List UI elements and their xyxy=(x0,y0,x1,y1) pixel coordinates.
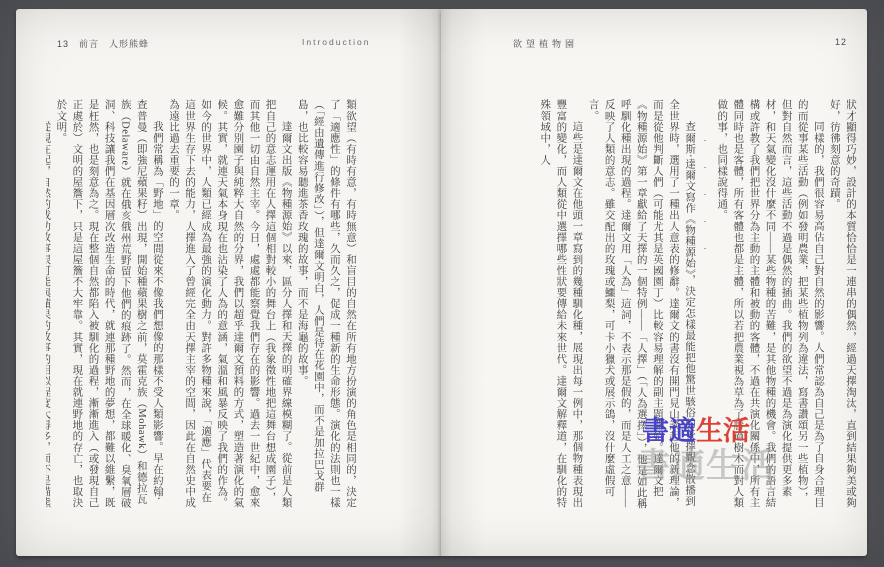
paragraph: 這些是達爾文在他頭一章寫到的幾種馴化種，展現出每一例中，那個物種表現出豐富的變化… xyxy=(536,99,584,509)
right-page-text-block: 狀才顯得巧妙，設計的本質恰恰是一連串的偶然，經過天擇淘汰，直到結果夠美或夠好，彷… xyxy=(520,99,858,509)
left-page-number: 13 xyxy=(57,39,69,49)
left-page-running-head: 13前言人形熊蜂 xyxy=(57,37,149,50)
paragraph: 狀才顯得巧妙，設計的本質恰恰是一連串的偶然，經過天擇淘汰，直到結果夠美或夠好，彷… xyxy=(826,99,858,509)
paragraph: 同樣的，我們很容易高估自己對自然的影響。人們常認為自己是為了自身合理目的而從事某… xyxy=(713,99,826,509)
introduction-running-head: Introduction xyxy=(302,37,370,47)
paragraph: 從現在起，自然的成功故事很可能與蘋果的故事的相似程度大得多，而不是貓熊或雪豹的故… xyxy=(46,99,52,509)
section-separator-dots: ····· xyxy=(697,99,713,509)
chapter-title: 人形熊蜂 xyxy=(109,39,149,49)
right-page-number: 12 xyxy=(835,37,847,47)
left-page-text-block: 類欲望（有時有意，有時無意）和盲目的自然在所有地方扮演的角色是相同的，決定了「適… xyxy=(46,99,358,509)
paragraph: 我們常稱為「野地」的空間從來不像我們想像的那樣不受人類影響。早在約翰‧查普曼（即… xyxy=(52,99,165,509)
paragraph: 類欲望（有時有意，有時無意）和盲目的自然在所有地方扮演的角色是相同的，決定了「適… xyxy=(294,99,358,509)
paragraph: 查爾斯‧達爾文寫作《物種源始》，決定怎樣最能把他驚世駭俗的天擇觀念散播到全世界時… xyxy=(584,99,697,509)
book-title-running-head: 欲望植物園 xyxy=(513,37,578,50)
section-label: 前言 xyxy=(79,39,99,49)
paragraph: 達爾文出版《物種源始》以來，區分人擇和天擇的明確界線模糊了。從前是人類把自己的意… xyxy=(165,99,294,509)
